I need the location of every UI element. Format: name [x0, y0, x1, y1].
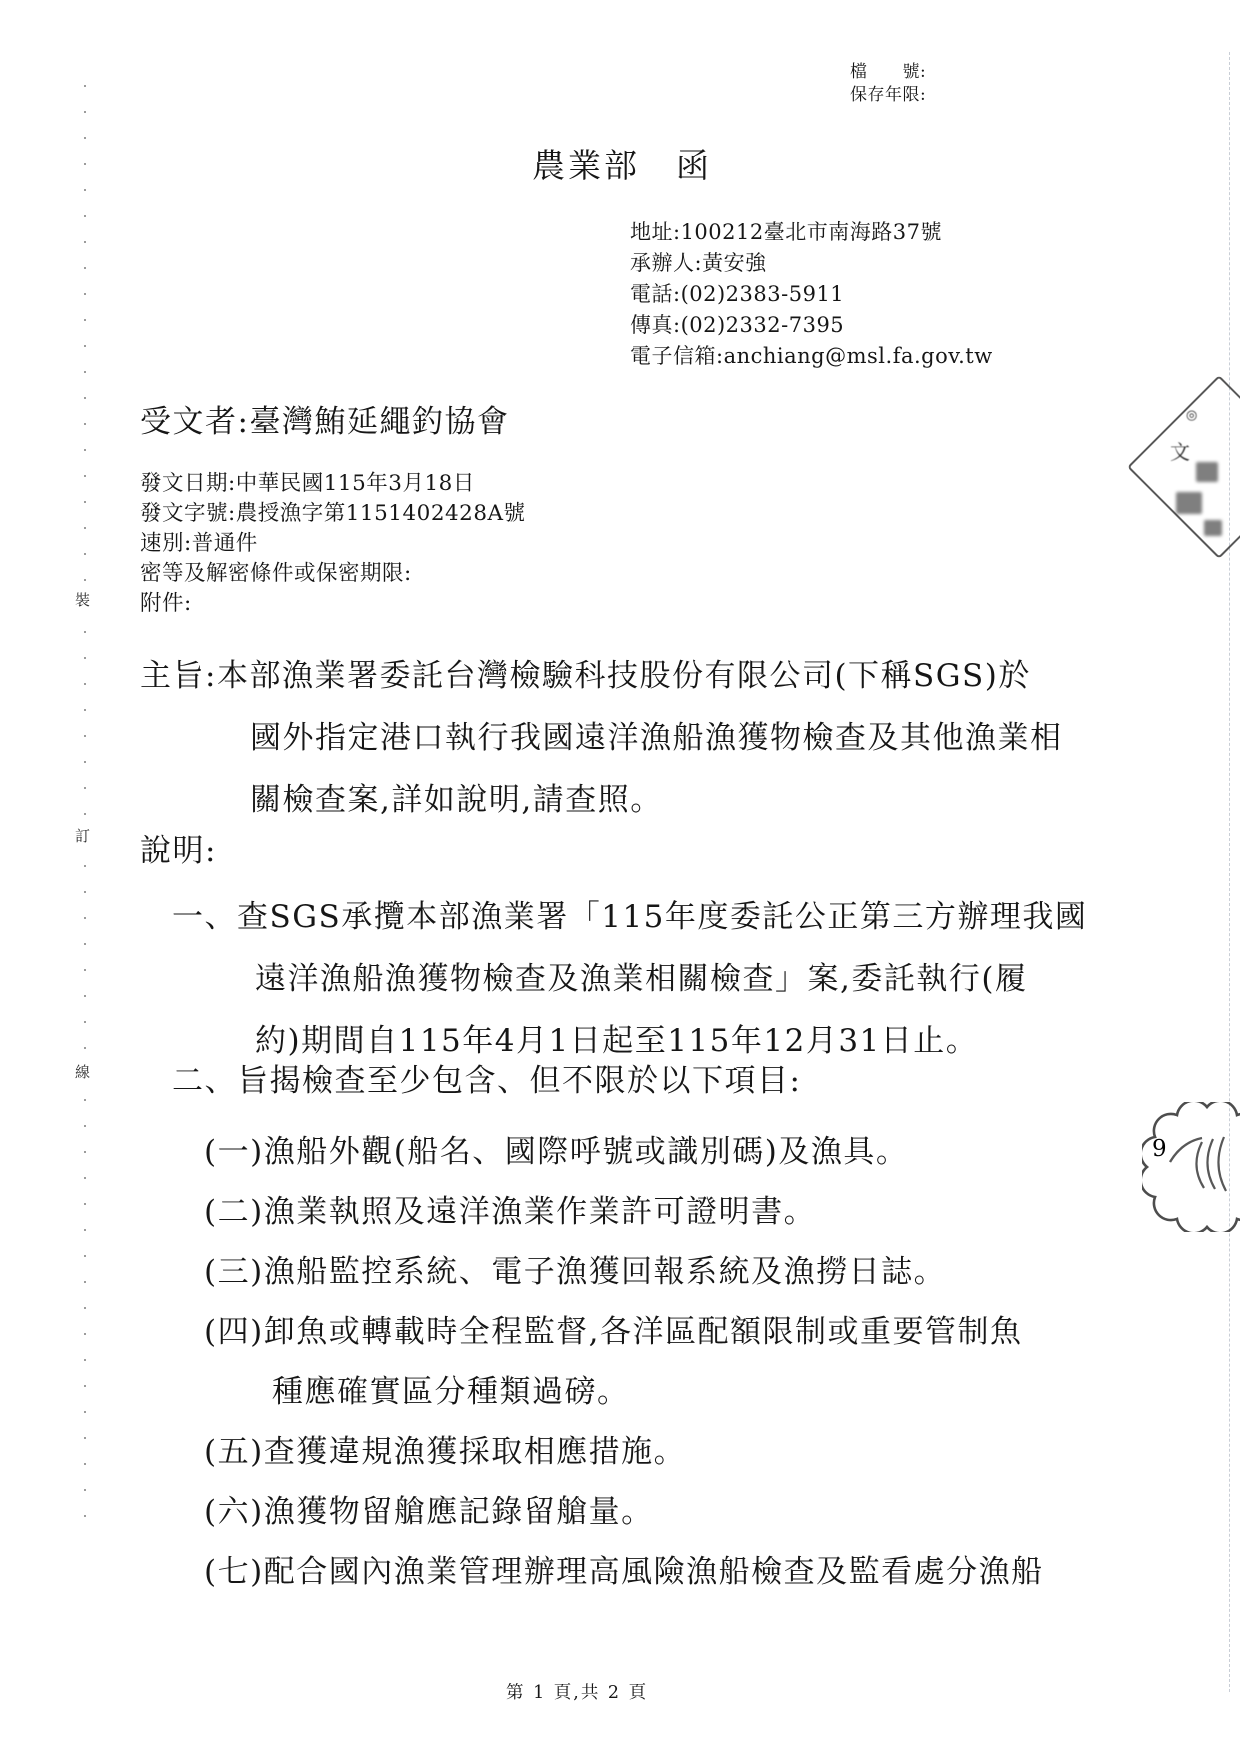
binding-mark-zhuang: 裝 — [74, 586, 91, 613]
subject-block: 主旨:本部漁業署委託台灣檢驗科技股份有限公司(下稱SGS)於 國外指定港口執行我… — [140, 645, 1063, 831]
speed-line: 速別:普通件 — [140, 529, 526, 559]
inspection-item: (二)漁業執照及遠洋漁業作業許可證明書。 — [204, 1182, 1044, 1242]
exchange-stamp-circle-mark: ◎ — [1186, 408, 1197, 423]
subject-line: 關檢查案,詳如說明,請查照。 — [250, 769, 1063, 831]
page-footer: 第 1 頁,共 2 頁 — [506, 1683, 648, 1704]
subject-line: 主旨:本部漁業署委託台灣檢驗科技股份有限公司(下稱SGS)於 — [140, 645, 1063, 707]
recipient-line: 受文者:臺灣鮪延繩釣協會 — [140, 404, 509, 441]
subject-line: 國外指定港口執行我國遠洋漁船漁獲物檢查及其他漁業相 — [250, 707, 1063, 769]
document-title: 農業部 函 — [532, 146, 712, 186]
exchange-stamp-char: 文 — [1170, 436, 1190, 465]
explanation-heading: 說明: — [140, 833, 217, 870]
side-page-number: 9 — [1152, 1136, 1167, 1162]
inspection-item: (四)卸魚或轉載時全程監督,各洋區配額限制或重要管制魚 — [204, 1302, 1044, 1362]
file-number-block: 檔 號: 保存年限: — [850, 61, 926, 107]
explanation-item-1-line: 遠洋漁船漁獲物檢查及漁業相關檢查」案,委託執行(履 — [255, 948, 1087, 1010]
issue-date-line: 發文日期:中華民國115年3月18日 — [140, 469, 526, 499]
stamp-smudge — [1204, 520, 1222, 536]
page-edge-line — [1229, 52, 1230, 1692]
inspection-item: (六)漁獲物留艙應記錄留艙量。 — [204, 1482, 1044, 1542]
doc-number-line: 發文字號:農授漁字第1151402428A號 — [140, 499, 526, 529]
sender-email: 電子信箱:anchiang@msl.fa.gov.tw — [630, 341, 993, 372]
explanation-item-2: 二、旨揭檢查至少包含、但不限於以下項目: — [172, 1063, 801, 1100]
inspection-items-block: (一)漁船外觀(船名、國際呼號或識別碼)及漁具。 (二)漁業執照及遠洋漁業作業許… — [140, 1122, 1044, 1602]
inspection-item: (七)配合國內漁業管理辦理高風險漁船檢查及監看處分漁船 — [204, 1542, 1044, 1602]
security-line: 密等及解密條件或保密期限: — [140, 559, 526, 589]
retention-label: 保存年限: — [850, 84, 926, 107]
flower-seal-stamp — [1142, 1102, 1240, 1232]
explanation-item-1-line: 一、查SGS承攬本部漁業署「115年度委託公正第三方辦理我國 — [172, 886, 1087, 948]
binding-mark-ding: 訂 — [74, 822, 91, 849]
electronic-exchange-stamp — [1127, 375, 1240, 559]
stamp-smudge — [1196, 462, 1218, 482]
sender-phone: 電話:(02)2383-5911 — [630, 279, 993, 310]
doc-meta-block: 發文日期:中華民國115年3月18日 發文字號:農授漁字第1151402428A… — [140, 469, 526, 619]
inspection-item: (三)漁船監控系統、電子漁獲回報系統及漁撈日誌。 — [204, 1242, 1044, 1302]
inspection-item: (一)漁船外觀(船名、國際呼號或識別碼)及漁具。 — [204, 1122, 1044, 1182]
explanation-item-1: 一、查SGS承攬本部漁業署「115年度委託公正第三方辦理我國 遠洋漁船漁獲物檢查… — [140, 886, 1087, 1072]
sender-address: 地址:100212臺北市南海路37號 — [630, 217, 993, 248]
attachment-line: 附件: — [140, 589, 526, 619]
stamp-smudge — [1176, 492, 1202, 514]
sender-contact-block: 地址:100212臺北市南海路37號 承辦人:黃安強 電話:(02)2383-5… — [630, 217, 993, 372]
binding-mark-xian: 線 — [74, 1058, 91, 1085]
inspection-item: (五)查獲違規漁獲採取相應措施。 — [204, 1422, 1044, 1482]
sender-contact-person: 承辦人:黃安強 — [630, 248, 993, 279]
sender-fax: 傳真:(02)2332-7395 — [630, 310, 993, 341]
binding-dotted-line — [84, 85, 86, 1535]
inspection-item-continuation: 種應確實區分種類過磅。 — [272, 1362, 1044, 1422]
document-page: 檔 號: 保存年限: 農業部 函 地址:100212臺北市南海路37號 承辦人:… — [0, 0, 1240, 1755]
file-number-label: 檔 號: — [850, 61, 926, 84]
